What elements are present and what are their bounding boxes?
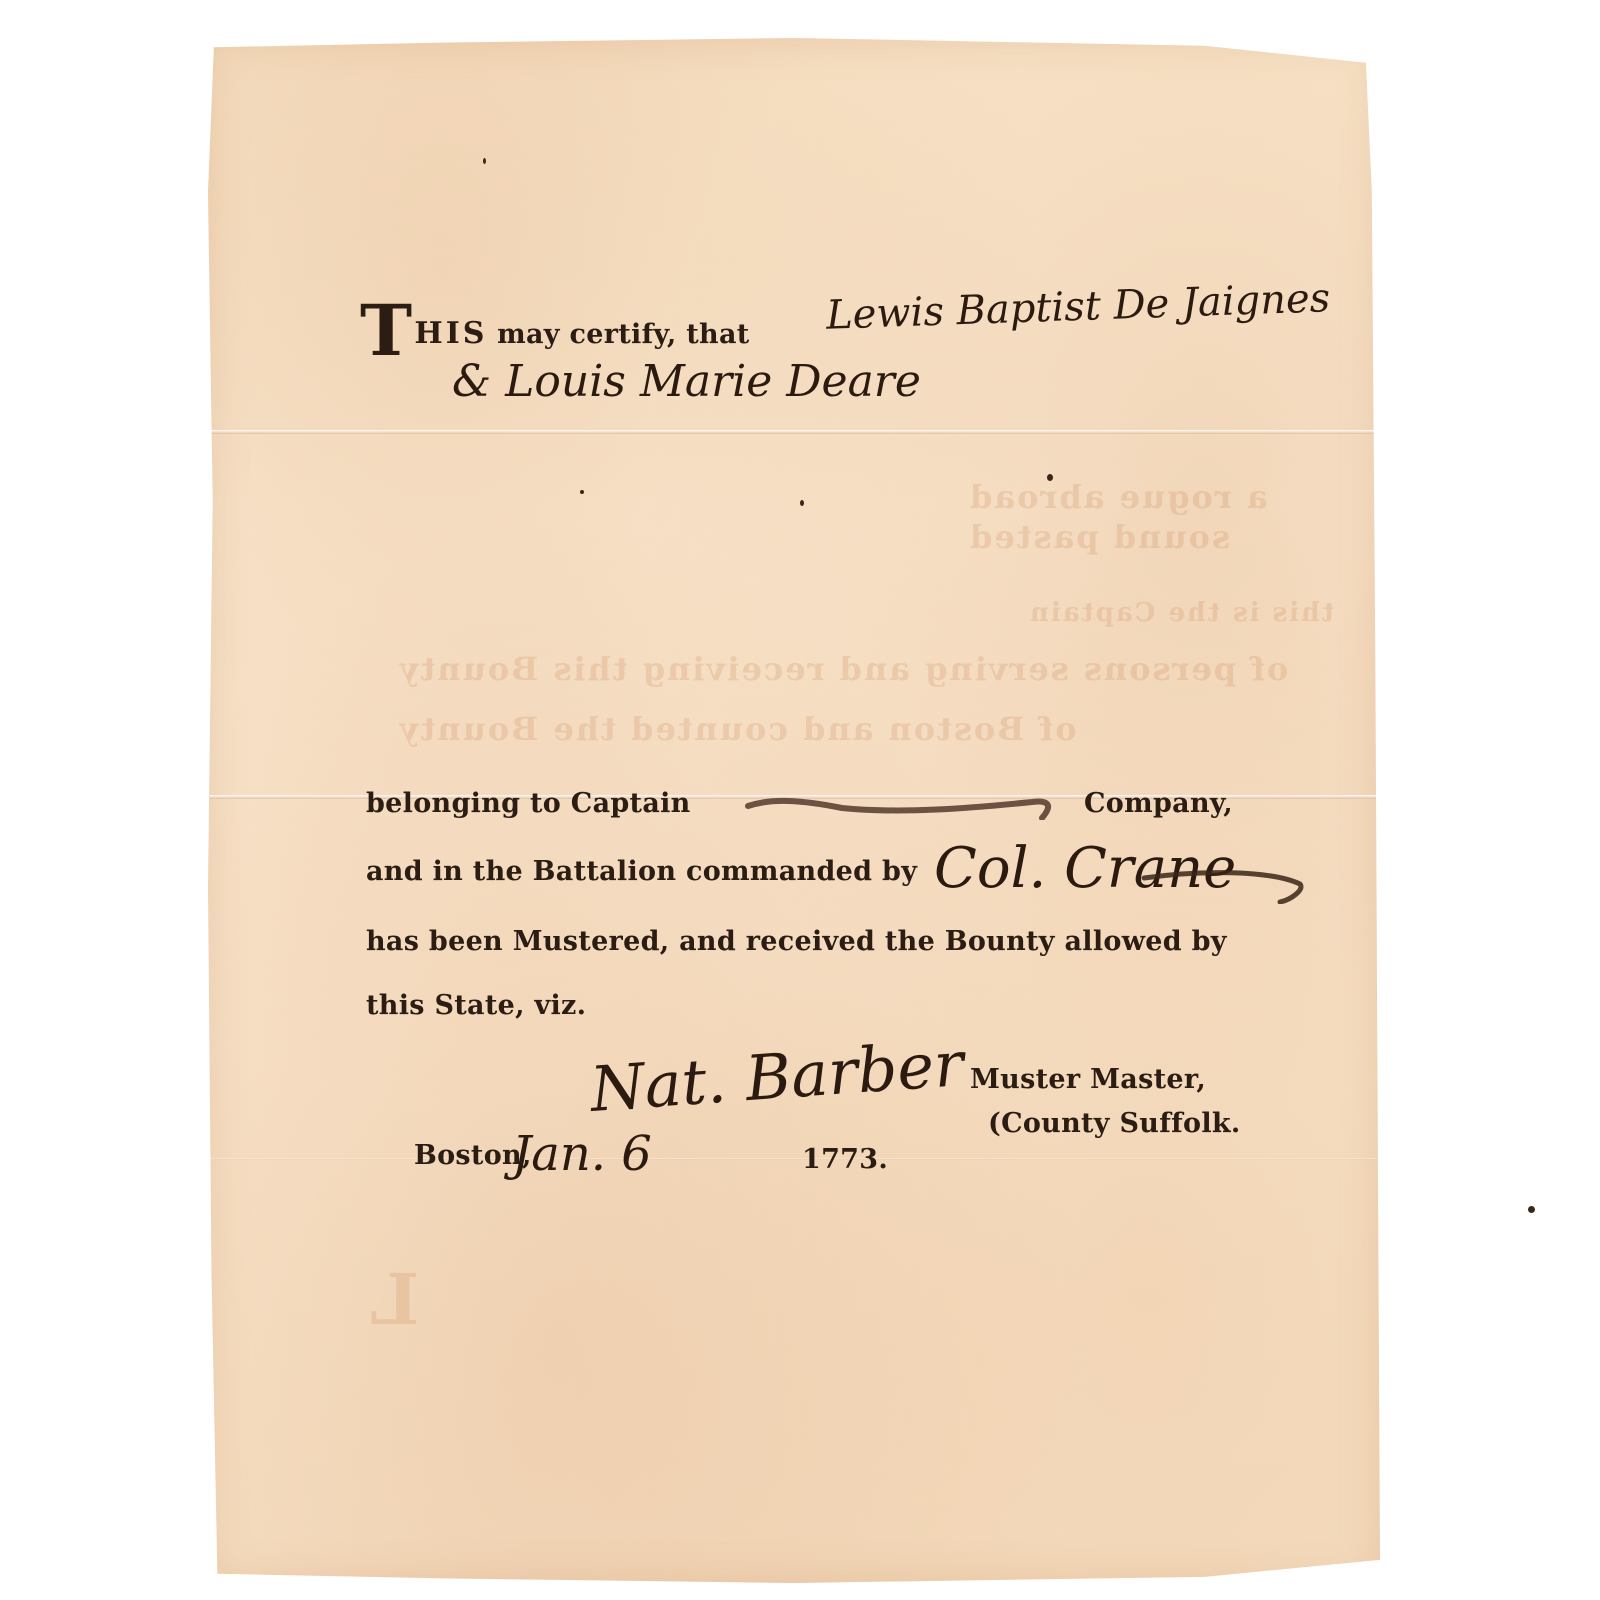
bleed-through-text: of persons serving and receiving this Bo…: [398, 650, 1288, 688]
captain-name-scrawl: [742, 796, 1062, 812]
muster-master-title: Muster Master,: [970, 1064, 1206, 1095]
colonel-flourish: [1140, 864, 1310, 908]
captain-line-prefix: belonging to Captain: [366, 788, 691, 819]
ink-speck: [1528, 1206, 1535, 1213]
mustered-line: has been Mustered, and received the Boun…: [366, 926, 1227, 957]
ink-speck: [483, 158, 486, 164]
ink-speck: [1047, 474, 1053, 481]
battalion-line: and in the Battalion commanded by: [366, 856, 917, 887]
fold-line: [208, 1158, 1380, 1160]
bleed-through-text: a rogue abroad: [968, 478, 1268, 516]
bleed-through-text: L: [368, 1258, 419, 1341]
drop-cap: T: [360, 289, 412, 372]
bleed-through-text: sound pasted: [968, 518, 1230, 556]
intro-caps: HIS: [414, 316, 487, 351]
handwritten-name-2: & Louis Marie Deare: [452, 356, 921, 407]
bleed-through-text: this is the Captain: [1028, 598, 1334, 628]
handwritten-date: Jan. 6: [512, 1126, 652, 1182]
printed-year: 1773.: [802, 1144, 888, 1175]
state-line: this State, viz.: [366, 990, 586, 1021]
captain-line-suffix: Company,: [1084, 788, 1233, 819]
county-title: (County Suffolk.: [988, 1108, 1241, 1139]
bleed-through-text: of Boston and counted the Bounty: [398, 710, 1077, 748]
intro-text: may certify, that: [497, 319, 749, 350]
ink-speck: [580, 490, 584, 494]
ink-speck: [800, 500, 804, 506]
fold-line: [208, 430, 1380, 434]
